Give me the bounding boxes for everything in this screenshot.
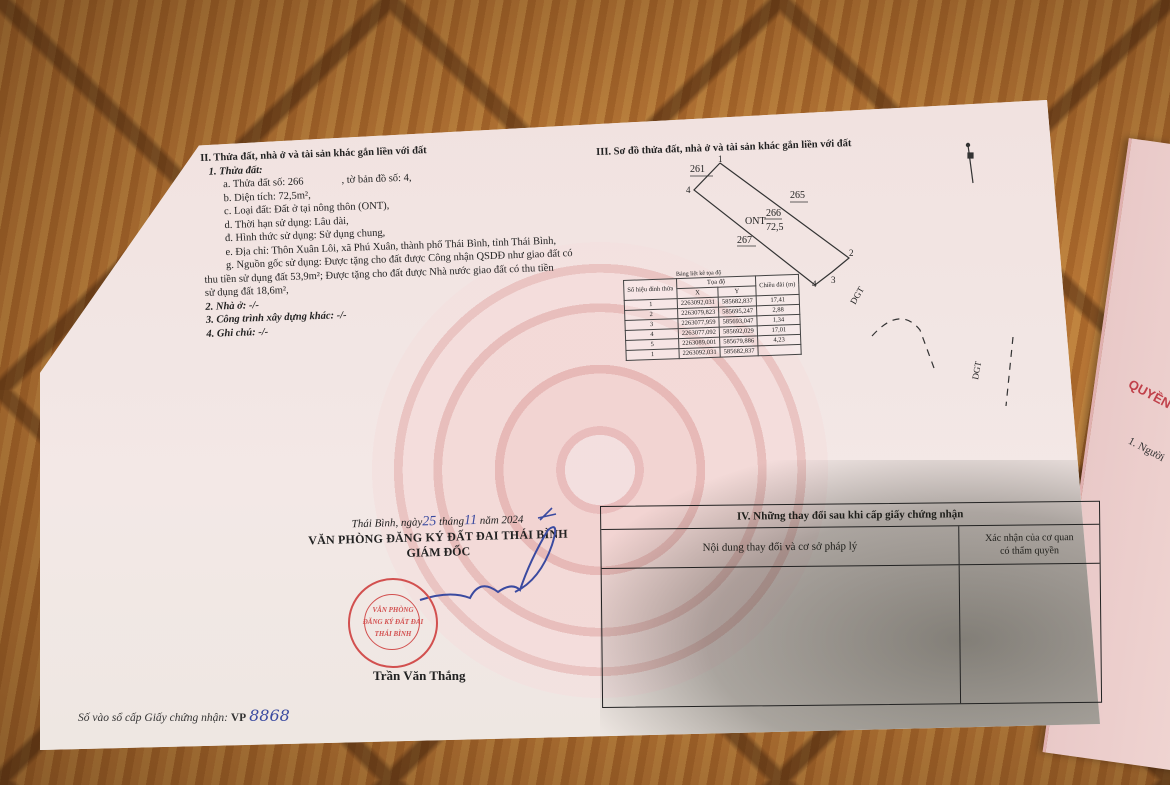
registry-number: Số vào sổ cấp Giấy chứng nhận: VP 8868: [78, 706, 290, 725]
changes-col-content: Nội dung thay đổi và cơ sở pháp lý: [601, 526, 959, 568]
changes-content-cell: [602, 565, 961, 707]
signer-name: Trần Văn Thắng: [373, 668, 466, 684]
official-red-stamp: VĂN PHÒNG ĐĂNG KÝ ĐẤT ĐAI THÁI BÌNH: [348, 578, 438, 668]
section-4-changes-table: IV. Những thay đổi sau khi cấp giấy chứn…: [600, 501, 1102, 708]
changes-col-confirmation: Xác nhận của cơ quancó thẩm quyền: [959, 525, 1099, 564]
registry-handwritten-number: 8868: [249, 706, 290, 725]
